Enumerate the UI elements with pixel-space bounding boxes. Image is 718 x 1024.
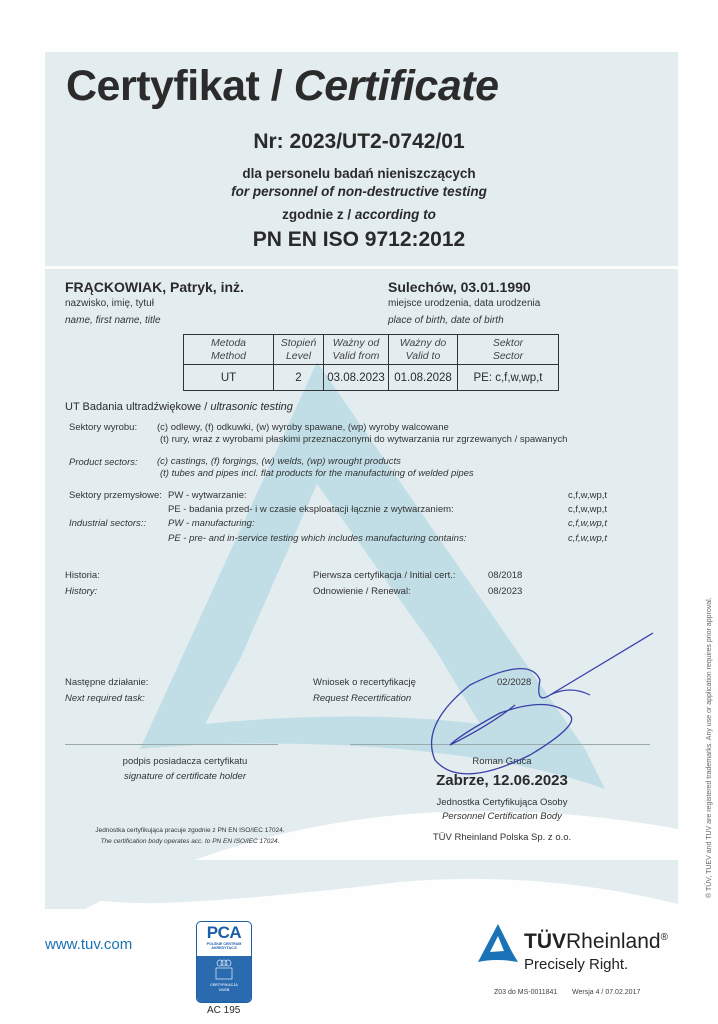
company-name: TÜV Rheinland Polska Sp. z o.o. bbox=[362, 832, 642, 843]
holder-signature-label-en: signature of certificate holder bbox=[0, 771, 370, 782]
website-link[interactable]: www.tuv.com bbox=[45, 936, 132, 953]
product-sectors-pl-1: (c) odlewy, (f) odkuwki, (w) wyroby spaw… bbox=[157, 422, 449, 433]
cell-valid-to: 01.08.2028 bbox=[389, 365, 458, 391]
industrial-sector-item: PW - manufacturing: bbox=[168, 518, 255, 529]
people-icon bbox=[212, 959, 236, 981]
next-task-label-en: Next required task: bbox=[65, 693, 145, 704]
pca-logo-text: PCA bbox=[197, 922, 251, 942]
renewal-value: 08/2023 bbox=[488, 586, 522, 597]
product-sectors-label-pl: Sektory wyrobu: bbox=[69, 422, 137, 433]
subtitle-en: for personnel of non-destructive testing bbox=[0, 184, 718, 199]
next-task-en: Request Recertification bbox=[313, 693, 411, 704]
trademark-note: ® TÜV, TUEV and TUV are registered trade… bbox=[706, 597, 713, 898]
header-valid-from: Ważny odValid from bbox=[324, 335, 389, 365]
renewal-label: Odnowienie / Renewal: bbox=[313, 586, 411, 597]
subtitle-pl: dla personelu badań nieniszczących bbox=[0, 166, 718, 181]
accreditation-note-en: The certification body operates acc. to … bbox=[60, 838, 320, 845]
signature-scribble bbox=[430, 625, 660, 785]
standard: PN EN ISO 9712:2012 bbox=[0, 228, 718, 252]
initial-cert-label: Pierwsza certyfikacja / Initial cert.: bbox=[313, 570, 456, 581]
cell-method: UT bbox=[184, 365, 274, 391]
birth-label-pl: miejsce urodzenia, data urodzenia bbox=[388, 298, 540, 309]
cert-body-en: Personnel Certification Body bbox=[362, 811, 642, 822]
history-label-en: History: bbox=[65, 586, 97, 597]
product-sectors-label-en: Product sectors: bbox=[69, 457, 138, 468]
method-title: UT Badania ultradźwiękowe / ultrasonic t… bbox=[65, 401, 293, 413]
header-sector: SektorSector bbox=[458, 335, 559, 365]
certificate-number: Nr: 2023/UT2-0742/01 bbox=[0, 130, 718, 154]
certificate-title: Certyfikat / Certificate bbox=[66, 62, 499, 111]
tuv-brand: TÜVRheinland® bbox=[524, 930, 668, 954]
next-task-label-pl: Następne działanie: bbox=[65, 677, 148, 688]
holder-signature-line bbox=[65, 744, 278, 745]
form-id: Z03 do MS-0011841 bbox=[494, 989, 557, 996]
header-method: MetodaMethod bbox=[184, 335, 274, 365]
accreditation-note-pl: Jednostka certyfikująca pracuje zgodnie … bbox=[60, 827, 320, 834]
industrial-sectors-label-en: Industrial sectors:: bbox=[69, 518, 146, 529]
pca-number: AC 195 bbox=[207, 1005, 240, 1016]
birth-label-en: place of birth, date of birth bbox=[388, 315, 504, 326]
industrial-sector-item: PW - wytwarzanie: bbox=[168, 490, 247, 501]
tuv-tagline: Precisely Right. bbox=[524, 956, 628, 973]
form-version: Wersja 4 / 07.02.2017 bbox=[572, 989, 640, 996]
product-sectors-en-2: (t) tubes and pipes incl. flat products … bbox=[160, 468, 474, 479]
certification-table: MetodaMethod StopieńLevel Ważny odValid … bbox=[183, 334, 559, 391]
history-label-pl: Historia: bbox=[65, 570, 100, 581]
initial-cert-value: 08/2018 bbox=[488, 570, 522, 581]
next-task-pl: Wniosek o recertyfikację bbox=[313, 677, 416, 688]
industrial-sector-codes: c,f,w,wp,t bbox=[568, 533, 607, 544]
tuv-triangle-icon bbox=[476, 922, 520, 964]
cell-sector: PE: c,f,w,wp,t bbox=[458, 365, 559, 391]
holder-birth: Sulechów, 03.01.1990 bbox=[388, 279, 531, 295]
industrial-sector-codes: c,f,w,wp,t bbox=[568, 490, 607, 501]
industrial-sector-codes: c,f,w,wp,t bbox=[568, 504, 607, 515]
panel-wave bbox=[0, 860, 718, 920]
name-label-en: name, first name, title bbox=[65, 315, 161, 326]
header-level: StopieńLevel bbox=[274, 335, 324, 365]
cell-level: 2 bbox=[274, 365, 324, 391]
industrial-sectors-label-pl: Sektory przemysłowe: bbox=[69, 490, 162, 501]
table-header-row: MetodaMethod StopieńLevel Ważny odValid … bbox=[184, 335, 559, 365]
header-valid-to: Ważny doValid to bbox=[389, 335, 458, 365]
cell-valid-from: 03.08.2023 bbox=[324, 365, 389, 391]
industrial-sector-codes: c,f,w,wp,t bbox=[568, 518, 607, 529]
table-row: UT 2 03.08.2023 01.08.2028 PE: c,f,w,wp,… bbox=[184, 365, 559, 391]
name-label-pl: nazwisko, imię, tytuł bbox=[65, 298, 154, 309]
product-sectors-pl-2: (t) rury, wraz z wyrobami płaskimi przez… bbox=[160, 434, 567, 445]
industrial-sector-item: PE - badania przed- i w czasie eksploata… bbox=[168, 504, 454, 515]
product-sectors-en-1: (c) castings, (f) forgings, (w) welds, (… bbox=[157, 456, 401, 467]
according-to: zgodnie z / according to bbox=[0, 207, 718, 222]
industrial-sector-item: PE - pre- and in-service testing which i… bbox=[168, 533, 466, 544]
cert-body-pl: Jednostka Certyfikująca Osoby bbox=[362, 797, 642, 808]
holder-name: FRĄCKOWIAK, Patryk, inż. bbox=[65, 279, 244, 295]
holder-signature-label-pl: podpis posiadacza certyfikatu bbox=[0, 756, 370, 767]
pca-accreditation-logo: PCA POLSKIE CENTRUM AKREDYTACJI CERTYFIK… bbox=[196, 921, 252, 1003]
